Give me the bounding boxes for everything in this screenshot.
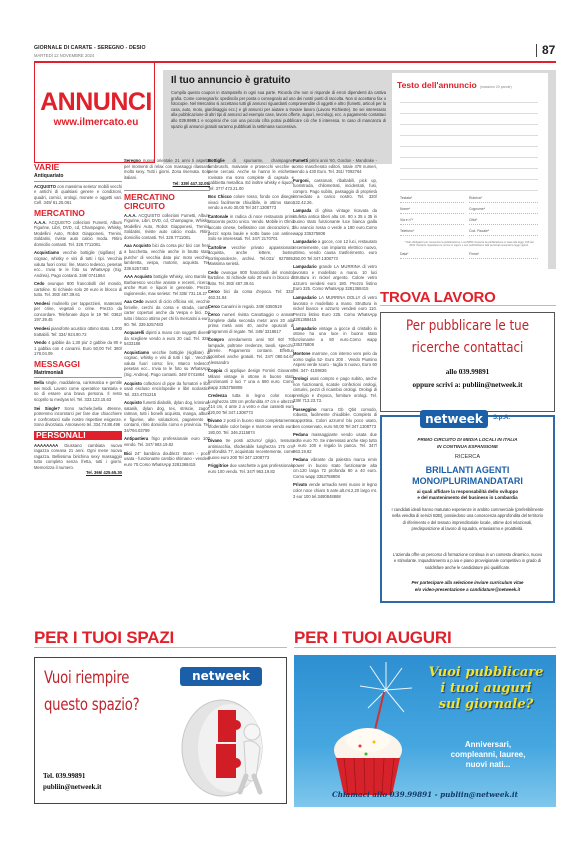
classified-ad: Privato vende armadio semi nuovo in legn… <box>293 482 377 499</box>
site-link[interactable]: www.ilmercato.eu <box>40 117 152 128</box>
section-mercatino-circuito: MERCATINO CIRCUITO <box>124 190 210 211</box>
classified-ad: Lampadario vintage a gocce di cristallo … <box>293 326 377 348</box>
occasion-line: nuovi nati... <box>420 760 556 770</box>
ricerca-label: RICERCA <box>384 454 551 460</box>
cta-email[interactable]: e/o video-presentazione a candidature@ne… <box>384 587 551 594</box>
classified-ad: Pedana massaggiante vendo usata due volt… <box>293 432 377 454</box>
classified-ad: Acquisto fumetti diabolik, dylan dog, kr… <box>124 400 210 433</box>
classified-ad: Acquisto collezioni di pipe da fumatori … <box>124 381 210 398</box>
classified-ad: Compro arredamento anni 50/ 60/ 70, lamp… <box>208 337 294 365</box>
section-messaggi: MESSAGGI <box>34 360 122 369</box>
heading-rule <box>34 647 287 648</box>
form-side-strip <box>548 73 556 269</box>
spazi-email[interactable]: publiin@netweek.it <box>43 782 101 793</box>
classified-ad: Bella single, maddalena, carismatica e g… <box>34 380 122 402</box>
classified-ad: Seregno nuova orientale 21 anni ti aspet… <box>124 158 210 180</box>
heading-rule <box>380 305 556 306</box>
classified-ad: Vendo 4 gabbie da 1,30 piu' 2 gabbie da … <box>34 340 122 357</box>
classified-ad: Coppia di applique design Fornini Giovan… <box>208 368 294 390</box>
classified-ad: Acquistiamo vecchie bottiglie (sigillate… <box>34 250 122 278</box>
job-responsibility: ai quali affidare la responsabilità dell… <box>384 489 551 502</box>
classified-ad: Lampadario LA MURRINA DOLLY di vetro lav… <box>293 295 377 323</box>
netweek-logo: netweek <box>420 410 488 428</box>
classified-ad: Friggitrice due vaschette a gas professi… <box>208 463 294 474</box>
subsection-matrimoniali: Matrimoniali <box>34 371 122 379</box>
spazi-question: Vuoi riempire questo spazio? <box>44 665 139 719</box>
classified-ad: Montone marrone, con interno vero pelo d… <box>293 351 377 373</box>
heading-rule <box>294 647 556 648</box>
classified-ad: Divano tre posti azzurro/ grigio, tessut… <box>208 438 294 460</box>
column-3: Bottiglie di spumante, champagne, lambru… <box>208 158 294 477</box>
netweek-spa: S.p.A. <box>493 415 510 421</box>
classified-ad: Cartoline vecchie privato appassionato a… <box>208 245 294 267</box>
ad-phone: Tel. 366/ 425.65.30 <box>34 470 122 476</box>
auguri-question: Vuoi pubblicare i tuoi auguri sul giorna… <box>416 665 556 713</box>
classified-ad: AAAAAAAA Giussano cambiata nuova ragazza… <box>34 443 122 471</box>
classified-ad: ACQUISTO con massima serieta' mobili vec… <box>34 184 122 206</box>
classified-ad: Credenza tutta in legno color noce Lungh… <box>208 393 294 415</box>
column-4: Fumetti primi anni '60, Gordon - Mandrak… <box>293 158 377 502</box>
classified-ad: A.A.A. ACQUISTO collezioni Fumetti, Albu… <box>34 220 122 248</box>
column-1: VARIE Antiquariato ACQUISTO con massima … <box>34 160 122 476</box>
text-line[interactable] <box>400 179 538 180</box>
classified-ad: Sei Single? Sono rachele,bella 49enne, p… <box>34 406 122 428</box>
nome-field[interactable]: Nome* <box>400 207 464 214</box>
trova-lavoro-email[interactable]: oppure scrivi a: publiin@netweek.it <box>380 380 555 390</box>
auguri-cta[interactable]: Chiamaci allo 039.99891 - publiin@netwee… <box>294 790 556 799</box>
classified-ad: Divano 2 posti in buono stato completame… <box>208 418 294 435</box>
auguri-occasions: Anniversari, compleanni, lauree, nuovi n… <box>420 740 556 770</box>
text-line[interactable] <box>400 124 538 125</box>
classified-ad: Lampada di ghisa vintage ricavata da stu… <box>293 208 377 236</box>
job-title-line: BRILLANTI AGENTI <box>384 465 551 476</box>
cupcake-icon <box>330 660 420 795</box>
data-field[interactable]: Data* <box>400 252 464 259</box>
classified-ad: Aaa Cedo avanzi di ciclo officina viri, … <box>124 299 210 327</box>
text-line[interactable] <box>400 146 538 147</box>
classified-ad: Passeggino marca Gb Qbit comodo, robusto… <box>293 407 377 429</box>
form-note: (massimo 20 parole) <box>480 85 512 89</box>
job-title: BRILLANTI AGENTI MONO/PLURIMANDATARI <box>384 465 551 487</box>
text-line[interactable] <box>400 135 538 136</box>
classified-ad: Cerco bici da corsa d'epoca. Tel: 333/ 4… <box>208 289 294 300</box>
column-2: Seregno nuova orientale 21 anni ti aspet… <box>124 158 210 470</box>
question-line: sul giornale? <box>416 697 556 713</box>
classified-ad: Cedo ovunque 800 francobolli del mondo, … <box>34 281 122 298</box>
question-line: Vuoi riempire <box>44 665 139 692</box>
question-line: Vuoi pubblicare <box>416 665 556 681</box>
codfiscale-field[interactable]: Cod. Fiscale* <box>469 229 538 236</box>
classified-ad: Cedo ovunque 800 francobolli del mondo, … <box>208 270 294 287</box>
classified-ad: AAA Acquisto bottiglie Whisky, vino Baro… <box>124 274 210 296</box>
cognome-field[interactable]: Cognome* <box>469 207 538 214</box>
job-offer: L'azienda offre un percorso di formazion… <box>384 552 551 571</box>
text-line[interactable] <box>400 168 538 169</box>
trova-lavoro-phone: allo 039.99891 <box>380 367 555 377</box>
classified-ad: Lampadario grande LA MURRINA di vetro la… <box>293 264 377 292</box>
classified-ad: Pedana vibrante da palestra marca emin p… <box>293 457 377 479</box>
classified-ad: Cerco numeri rivista Canottaggio o annat… <box>208 312 294 334</box>
occasion-line: compleanni, lauree, <box>420 750 556 760</box>
classified-ad: A.A.A. ACQUISTO collezioni Fumetti, Albu… <box>124 213 210 241</box>
classified-ad: Vendesi mulinello per tappezzieri, mater… <box>34 301 122 323</box>
ad-phone: Tel: 339/ 447.32.05. <box>124 181 210 187</box>
occasion-line: Anniversari, <box>420 740 556 750</box>
text-line[interactable] <box>400 113 538 114</box>
spazi-phone: Tel. 039.99891 <box>43 771 101 782</box>
classified-ad: Acquistiamo vecchie bottiglie (sigillate… <box>124 350 210 378</box>
text-line[interactable] <box>400 157 538 158</box>
classified-ad: Aaa Acquisto bici da corsa piu' bici con… <box>124 243 210 271</box>
telefono-field[interactable]: Telefono* <box>400 229 464 236</box>
firma-field[interactable]: Firma* <box>469 252 538 259</box>
trova-lavoro-line2: ricerche contattaci <box>393 340 542 357</box>
auguri-heading: PER I TUOI AUGURI <box>294 629 451 646</box>
netweek-logo: netweek <box>180 667 262 686</box>
newspaper-name: GIORNALE DI CARATE - SEREGNO - DESIO <box>34 45 146 51</box>
subsection-antiquariato: Antiquariato <box>34 174 122 182</box>
trova-lavoro-heading: TROVA LAVORO <box>380 289 496 306</box>
rubrica-field[interactable]: Rubrica* <box>469 196 538 203</box>
coupon-title: Il tuo annuncio è gratuito <box>171 75 290 86</box>
via-field[interactable]: Via e n°* <box>400 218 464 225</box>
job-title-line: MONO/PLURIMANDATARI <box>384 476 551 487</box>
classified-ad: Lampadario a gocce, con 12 luci, restaur… <box>293 239 377 261</box>
resp-line: e del mantenimento del business in Lomba… <box>384 495 551 501</box>
classified-ad: Cerco Canarini in regalo. 349/ 6350519 <box>208 304 294 310</box>
classified-ad: Orologi usati compro e pago subito, anch… <box>293 376 377 404</box>
spazi-contact: Tel. 039.99891 publiin@netweek.it <box>43 771 101 793</box>
section-personali: PERSONALI <box>34 431 122 440</box>
classified-ad: Bici 24" bambina doublezz Storm - poco u… <box>124 451 210 468</box>
job-requirements: I candidati ideali hanno maturato esperi… <box>384 507 551 532</box>
citta-field[interactable]: Città* <box>469 218 538 225</box>
text-line[interactable] <box>400 102 538 103</box>
section-title: ANNUNCI <box>40 88 152 117</box>
classified-ad: Bottiglie di spumante, champagne, lambru… <box>208 158 294 191</box>
coupon-text: Compila questo coupon in stampatello in … <box>171 90 386 129</box>
netweek-tagline: PRIMO CIRCUITO DI MEDIA LOCALI IN ITALIA… <box>384 437 551 450</box>
trova-lavoro-line1: Per pubblicare le tue <box>393 318 542 335</box>
section-varie: VARIE <box>34 163 122 172</box>
question-line: questo spazio? <box>44 692 139 719</box>
classified-ad: Vendesi pianoforte acustico ottimo stato… <box>34 326 122 337</box>
classified-ad: Antipastiera frigo professionale euro 10… <box>124 436 210 447</box>
form-title-text: Testo dell'annuncio <box>397 80 477 90</box>
spazi-heading: PER I TUOI SPAZI <box>34 629 174 646</box>
privacy-disclaimer: * Dati obbligatori per consentire la pub… <box>402 241 536 247</box>
classified-ad: Cantonale in radica di noce restaurato p… <box>208 214 294 242</box>
form-title: Testo dell'annuncio(massimo 20 parole) <box>397 80 512 90</box>
page-number: 87 <box>536 44 555 57</box>
apply-cta: Per partecipare alla selezione inviare c… <box>384 580 551 593</box>
classified-ad: Acquarelli dipinti a mano con soggetti d… <box>124 330 210 347</box>
testata-field[interactable]: Testata* <box>400 196 464 203</box>
puzzle-illustration-icon <box>180 690 276 798</box>
issue-date: MARTEDÌ 12 NOVEMBRE 2024 <box>34 53 94 58</box>
section-mercatino: MERCATINO <box>34 209 122 218</box>
text-line[interactable] <box>400 190 538 191</box>
classified-ad: Furgoni, cassonati, ribaltabili, pick up… <box>293 178 377 206</box>
tagline-line: IN CONTINUA ESPANSIONE <box>384 444 551 451</box>
classified-ad: Fumetti primi anni '60, Gordon - Mandrak… <box>293 158 377 175</box>
question-line: i tuoi auguri <box>416 681 556 697</box>
classified-ad: Box Chicco colore rosso, fondo con diseg… <box>208 194 294 211</box>
